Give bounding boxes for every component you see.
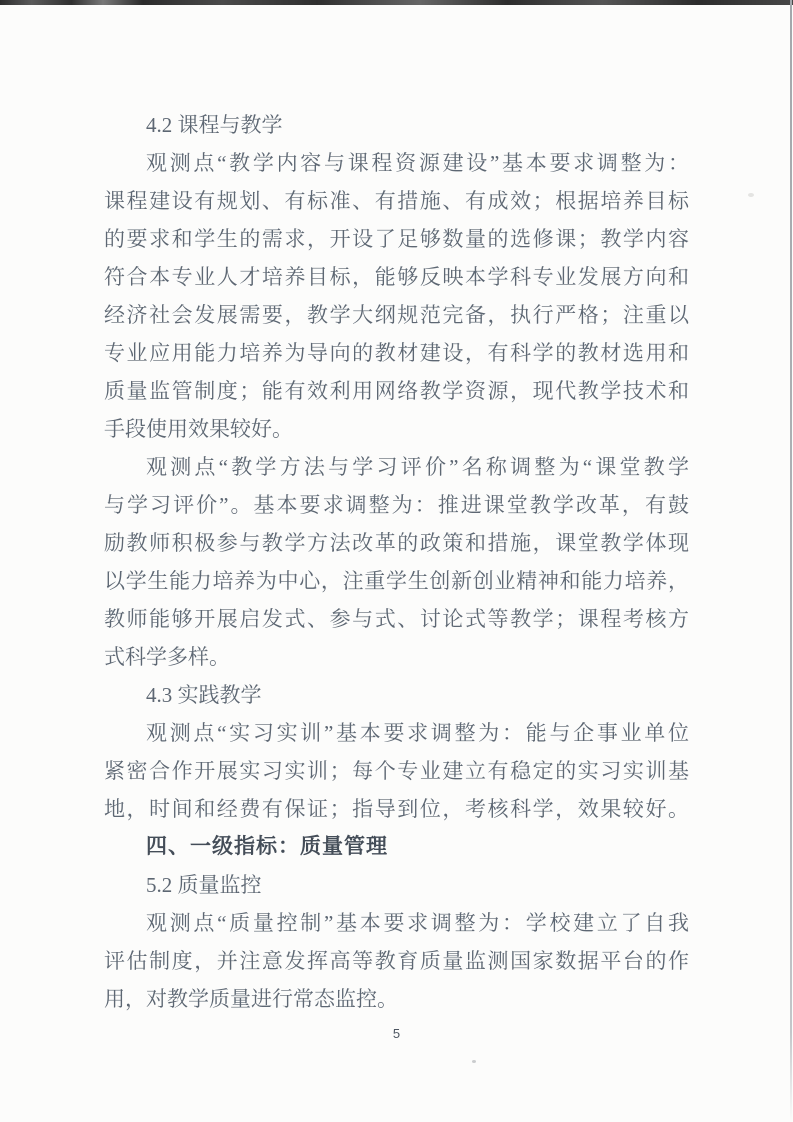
chapter-heading-line: 四、一级指标：质量管理 xyxy=(104,828,689,866)
text-line: 观测点“实习实训”基本要求调整为：能与企事业单位 xyxy=(104,714,689,752)
scan-edge-top-artifact xyxy=(0,0,793,5)
scan-speck xyxy=(472,1060,476,1063)
text-line: 紧密合作开展实习实训；每个专业建立有稳定的实习实训基 xyxy=(104,752,689,790)
text-line: 教师能够开展启发式、参与式、讨论式等教学；课程考核方 xyxy=(104,600,689,638)
text-line: 地，时间和经费有保证；指导到位，考核科学，效果较好。 xyxy=(104,790,689,828)
text-line: 质量监管制度；能有效利用网络教学资源，现代教学技术和 xyxy=(104,372,689,410)
page-number: 5 xyxy=(0,1026,793,1041)
text-line: 式科学多样。 xyxy=(104,638,689,676)
chapter-heading-quality-management: 四、一级指标：质量管理 xyxy=(104,828,689,866)
scan-speck xyxy=(748,193,754,197)
document-page: 4.2 课程与教学 观测点“教学内容与课程资源建设”基本要求调整为： 课程建设有… xyxy=(0,0,793,1122)
text-line: 手段使用效果较好。 xyxy=(104,410,689,448)
text-line: 评估制度，并注意发挥高等教育质量监测国家数据平台的作 xyxy=(104,942,689,980)
text-line: 观测点“教学方法与学习评价”名称调整为“课堂教学 xyxy=(104,448,689,486)
text-line: 符合本专业人才培养目标，能够反映本学科专业发展方向和 xyxy=(104,258,689,296)
section-heading-line: 4.2 课程与教学 xyxy=(104,106,689,144)
text-line: 励教师积极参与教学方法改革的政策和措施，课堂教学体现 xyxy=(104,524,689,562)
text-line: 课程建设有规划、有标准、有措施、有成效；根据培养目标 xyxy=(104,182,689,220)
paragraph-practice-teaching: 观测点“实习实训”基本要求调整为：能与企事业单位 紧密合作开展实习实训；每个专业… xyxy=(104,714,689,828)
text-line: 观测点“质量控制”基本要求调整为：学校建立了自我 xyxy=(104,904,689,942)
paragraph-teaching-methods: 观测点“教学方法与学习评价”名称调整为“课堂教学 与学习评价”。基本要求调整为：… xyxy=(104,448,689,676)
text-line: 与学习评价”。基本要求调整为：推进课堂教学改革，有鼓 xyxy=(104,486,689,524)
text-line: 经济社会发展需要，教学大纲规范完备，执行严格；注重以 xyxy=(104,296,689,334)
text-line: 的要求和学生的需求，开设了足够数量的选修课；教学内容 xyxy=(104,220,689,258)
scan-edge-right-artifact xyxy=(790,0,792,1122)
document-body: 4.2 课程与教学 观测点“教学内容与课程资源建设”基本要求调整为： 课程建设有… xyxy=(104,106,689,1018)
text-line: 观测点“教学内容与课程资源建设”基本要求调整为： xyxy=(104,144,689,182)
section-5-2-heading: 5.2 质量监控 xyxy=(104,866,689,904)
section-heading-line: 4.3 实践教学 xyxy=(104,676,689,714)
section-4-2-heading: 4.2 课程与教学 xyxy=(104,106,689,144)
paragraph-teaching-content: 观测点“教学内容与课程资源建设”基本要求调整为： 课程建设有规划、有标准、有措施… xyxy=(104,144,689,448)
text-line: 用，对教学质量进行常态监控。 xyxy=(104,980,689,1018)
section-heading-line: 5.2 质量监控 xyxy=(104,866,689,904)
text-line: 以学生能力培养为中心，注重学生创新创业精神和能力培养， xyxy=(104,562,689,600)
paragraph-quality-control: 观测点“质量控制”基本要求调整为：学校建立了自我 评估制度，并注意发挥高等教育质… xyxy=(104,904,689,1018)
text-line: 专业应用能力培养为导向的教材建设，有科学的教材选用和 xyxy=(104,334,689,372)
section-4-3-heading: 4.3 实践教学 xyxy=(104,676,689,714)
